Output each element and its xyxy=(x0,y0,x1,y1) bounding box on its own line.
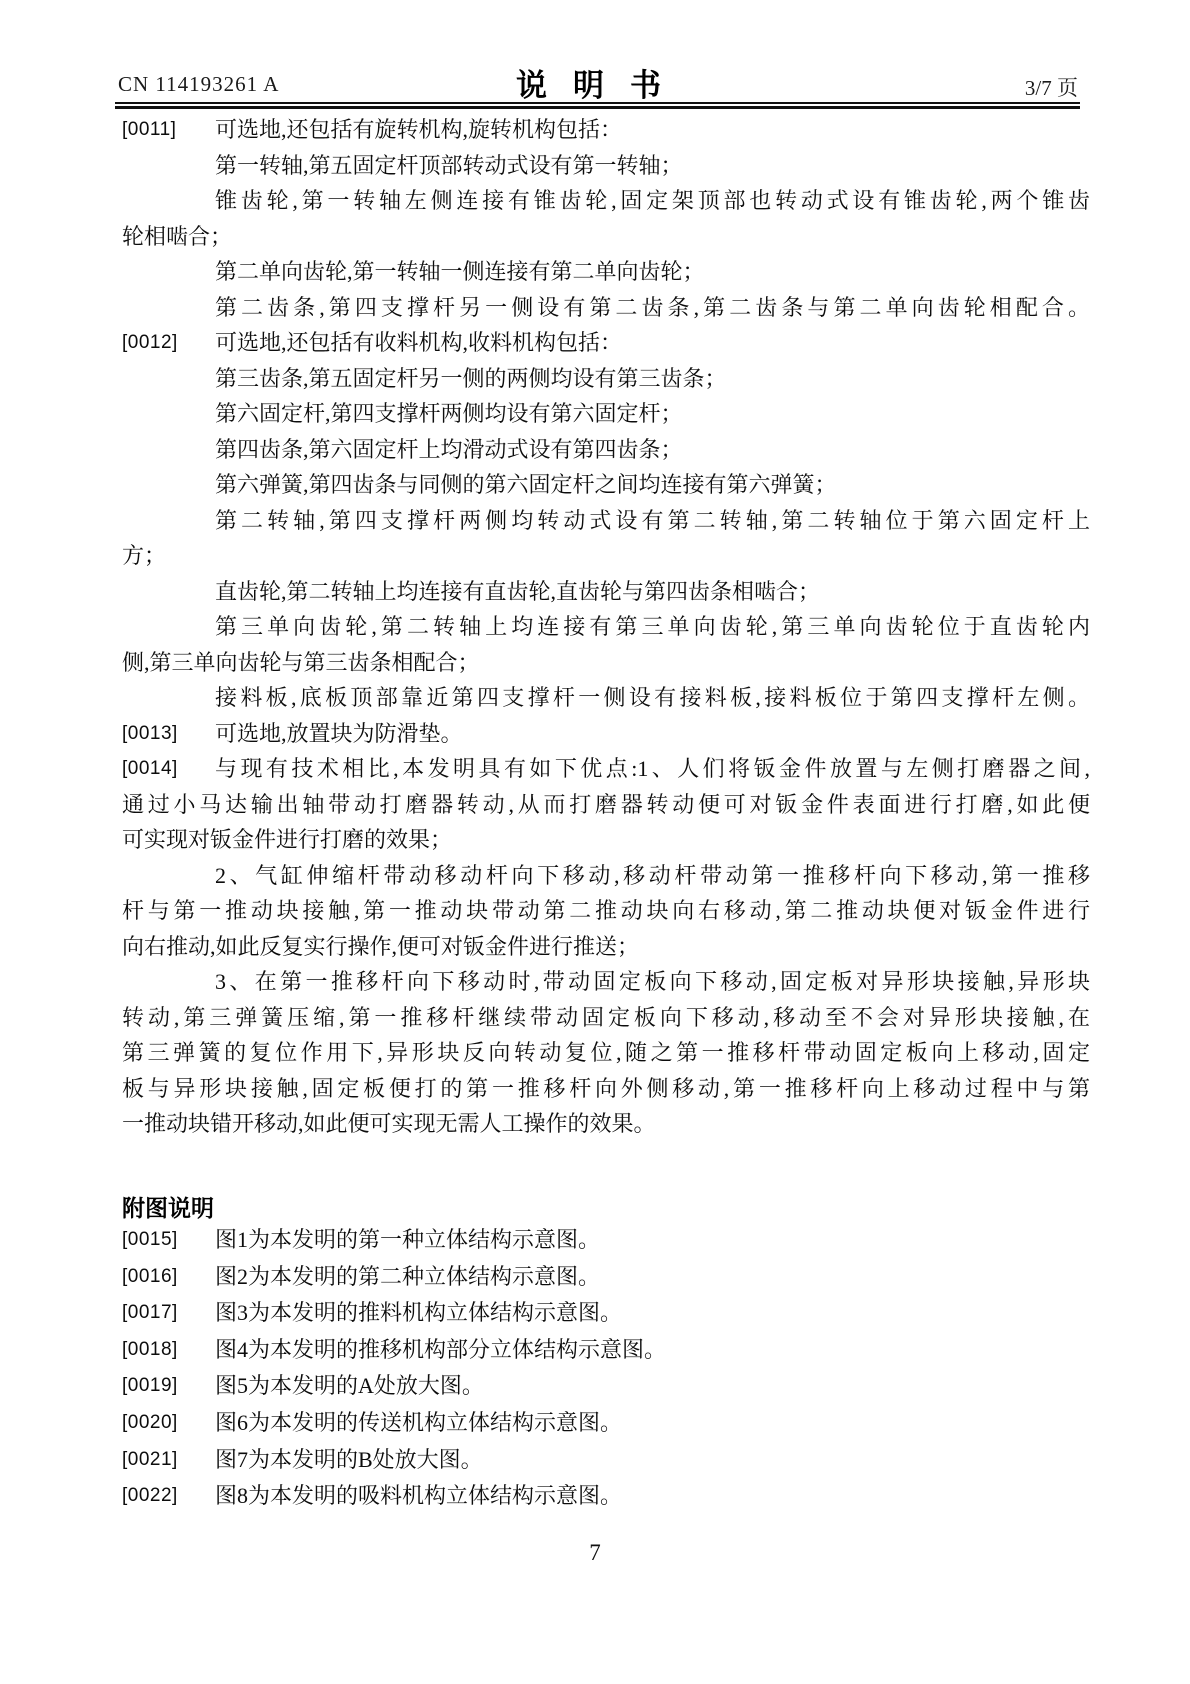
text-line: [0022]图8为本发明的吸料机构立体结构示意图。 xyxy=(122,1478,1090,1515)
line-text: 直齿轮,第二转轴上均连接有直齿轮,直齿轮与第四齿条相啮合； xyxy=(122,574,1090,610)
line-text: 可选地,放置块为防滑垫。 xyxy=(122,716,1090,752)
text-line: 第二齿条,第四支撑杆另一侧设有第二齿条,第二齿条与第二单向齿轮相配合。 xyxy=(122,290,1090,326)
line-text: 图6为本发明的传送机构立体结构示意图。 xyxy=(122,1405,1090,1442)
line-text: 第六弹簧,第四齿条与同侧的第六固定杆之间均连接有第六弹簧； xyxy=(122,467,1090,503)
text-line: 2、气缸伸缩杆带动移动杆向下移动,移动杆带动第一推移杆向下移动,第一推移 xyxy=(122,858,1090,894)
page-indicator: 3/7 页 xyxy=(1025,72,1078,102)
line-text: 3、在第一推移杆向下移动时,带动固定板向下移动,固定板对异形块接触,异形块 xyxy=(122,964,1090,1000)
line-text: 杆与第一推动块接触,第一推动块带动第二推动块向右移动,第二推动块便对钣金件进行 xyxy=(122,893,1090,929)
text-line: 方； xyxy=(122,538,1090,574)
paragraph-number: [0014] xyxy=(122,751,178,787)
line-text: 图3为本发明的推料机构立体结构示意图。 xyxy=(122,1295,1090,1332)
page-number: 7 xyxy=(0,1540,1190,1566)
paragraph-number: [0020] xyxy=(122,1405,178,1442)
paragraph-number: [0012] xyxy=(122,325,178,361)
text-line: 侧,第三单向齿轮与第三齿条相配合； xyxy=(122,645,1090,681)
line-text: 图4为本发明的推移机构部分立体结构示意图。 xyxy=(122,1332,1090,1369)
text-line: [0014]与现有技术相比,本发明具有如下优点:1、人们将钣金件放置与左侧打磨器… xyxy=(122,751,1090,787)
line-text: 向右推动,如此反复实行操作,便可对钣金件进行推送； xyxy=(122,929,1090,965)
line-text: 与现有技术相比,本发明具有如下优点:1、人们将钣金件放置与左侧打磨器之间, xyxy=(122,751,1090,787)
line-text: 转动,第三弹簧压缩,第一推移杆继续带动固定板向下移动,移动至不会对异形块接触,在 xyxy=(122,1000,1090,1036)
paragraph-number: [0017] xyxy=(122,1295,178,1332)
line-text: 第二单向齿轮,第一转轴一侧连接有第二单向齿轮； xyxy=(122,254,1090,290)
line-text: 锥齿轮,第一转轴左侧连接有锥齿轮,固定架顶部也转动式设有锥齿轮,两个锥齿 xyxy=(122,183,1090,219)
specification-body: [0011]可选地,还包括有旋转机构,旋转机构包括：第一转轴,第五固定杆顶部转动… xyxy=(122,112,1090,1142)
text-line: 第二转轴,第四支撑杆两侧均转动式设有第二转轴,第二转轴位于第六固定杆上 xyxy=(122,503,1090,539)
line-text: 第六固定杆,第四支撑杆两侧均设有第六固定杆； xyxy=(122,396,1090,432)
line-text: 图7为本发明的B处放大图。 xyxy=(122,1442,1090,1479)
line-text: 第一转轴,第五固定杆顶部转动式设有第一转轴； xyxy=(122,148,1090,184)
line-text: 图5为本发明的A处放大图。 xyxy=(122,1368,1090,1405)
page-title: 说明书 xyxy=(503,60,687,105)
text-line: 杆与第一推动块接触,第一推动块带动第二推动块向右移动,第二推动块便对钣金件进行 xyxy=(122,893,1090,929)
paragraph-number: [0021] xyxy=(122,1442,178,1479)
line-text: 第四齿条,第六固定杆上均滑动式设有第四齿条； xyxy=(122,432,1090,468)
figure-descriptions: [0015]图1为本发明的第一种立体结构示意图。[0016]图2为本发明的第二种… xyxy=(122,1222,1090,1515)
line-text: 图2为本发明的第二种立体结构示意图。 xyxy=(122,1259,1090,1296)
text-line: 第二单向齿轮,第一转轴一侧连接有第二单向齿轮； xyxy=(122,254,1090,290)
paragraph-number: [0011] xyxy=(122,112,176,148)
text-line: 3、在第一推移杆向下移动时,带动固定板向下移动,固定板对异形块接触,异形块 xyxy=(122,964,1090,1000)
divider-line-thin xyxy=(115,102,1080,104)
line-text: 板与异形块接触,固定板便打的第一推移杆向外侧移动,第一推移杆向上移动过程中与第 xyxy=(122,1071,1090,1107)
line-text: 第三齿条,第五固定杆另一侧的两侧均设有第三齿条； xyxy=(122,361,1090,397)
paragraph-number: [0015] xyxy=(122,1222,178,1259)
text-line: 第三弹簧的复位作用下,异形块反向转动复位,随之第一推移杆带动固定板向上移动,固定 xyxy=(122,1035,1090,1071)
text-line: 通过小马达输出轴带动打磨器转动,从而打磨器转动便可对钣金件表面进行打磨,如此便 xyxy=(122,787,1090,823)
text-line: 转动,第三弹簧压缩,第一推移杆继续带动固定板向下移动,移动至不会对异形块接触,在 xyxy=(122,1000,1090,1036)
paragraph-number: [0016] xyxy=(122,1259,178,1296)
text-line: [0017]图3为本发明的推料机构立体结构示意图。 xyxy=(122,1295,1090,1332)
line-text: 图8为本发明的吸料机构立体结构示意图。 xyxy=(122,1478,1090,1515)
paragraph-number: [0018] xyxy=(122,1332,178,1369)
text-line: 向右推动,如此反复实行操作,便可对钣金件进行推送； xyxy=(122,929,1090,965)
line-text: 侧,第三单向齿轮与第三齿条相配合； xyxy=(122,645,1090,681)
document-number: CN 114193261 A xyxy=(118,72,279,97)
header-divider xyxy=(115,102,1080,109)
line-text: 接料板,底板顶部靠近第四支撑杆一侧设有接料板,接料板位于第四支撑杆左侧。 xyxy=(122,680,1090,716)
text-line: 第三单向齿轮,第二转轴上均连接有第三单向齿轮,第三单向齿轮位于直齿轮内 xyxy=(122,609,1090,645)
paragraph-number: [0019] xyxy=(122,1368,178,1405)
document-page: CN 114193261 A 说明书 3/7 页 [0011]可选地,还包括有旋… xyxy=(0,0,1190,1684)
text-line: 轮相啮合； xyxy=(122,219,1090,255)
paragraph-number: [0022] xyxy=(122,1478,178,1515)
text-line: 第六弹簧,第四齿条与同侧的第六固定杆之间均连接有第六弹簧； xyxy=(122,467,1090,503)
text-line: [0013]可选地,放置块为防滑垫。 xyxy=(122,716,1090,752)
divider-line-thick xyxy=(115,106,1080,109)
paragraph-number: [0013] xyxy=(122,716,178,752)
text-line: 第四齿条,第六固定杆上均滑动式设有第四齿条； xyxy=(122,432,1090,468)
line-text: 通过小马达输出轴带动打磨器转动,从而打磨器转动便可对钣金件表面进行打磨,如此便 xyxy=(122,787,1090,823)
text-line: 直齿轮,第二转轴上均连接有直齿轮,直齿轮与第四齿条相啮合； xyxy=(122,574,1090,610)
line-text: 2、气缸伸缩杆带动移动杆向下移动,移动杆带动第一推移杆向下移动,第一推移 xyxy=(122,858,1090,894)
line-text: 可选地,还包括有收料机构,收料机构包括： xyxy=(122,325,1090,361)
line-text: 一推动块错开移动,如此便可实现无需人工操作的效果。 xyxy=(122,1106,1090,1142)
line-text: 第二转轴,第四支撑杆两侧均转动式设有第二转轴,第二转轴位于第六固定杆上 xyxy=(122,503,1090,539)
text-line: [0020]图6为本发明的传送机构立体结构示意图。 xyxy=(122,1405,1090,1442)
text-line: 锥齿轮,第一转轴左侧连接有锥齿轮,固定架顶部也转动式设有锥齿轮,两个锥齿 xyxy=(122,183,1090,219)
text-line: [0011]可选地,还包括有旋转机构,旋转机构包括： xyxy=(122,112,1090,148)
line-text: 可实现对钣金件进行打磨的效果； xyxy=(122,822,1090,858)
text-line: 板与异形块接触,固定板便打的第一推移杆向外侧移动,第一推移杆向上移动过程中与第 xyxy=(122,1071,1090,1107)
text-line: 第三齿条,第五固定杆另一侧的两侧均设有第三齿条； xyxy=(122,361,1090,397)
line-text: 轮相啮合； xyxy=(122,219,1090,255)
text-line: [0015]图1为本发明的第一种立体结构示意图。 xyxy=(122,1222,1090,1259)
text-line: [0021]图7为本发明的B处放大图。 xyxy=(122,1442,1090,1479)
text-line: [0016]图2为本发明的第二种立体结构示意图。 xyxy=(122,1259,1090,1296)
line-text: 图1为本发明的第一种立体结构示意图。 xyxy=(122,1222,1090,1259)
line-text: 第二齿条,第四支撑杆另一侧设有第二齿条,第二齿条与第二单向齿轮相配合。 xyxy=(122,290,1090,326)
text-line: [0012]可选地,还包括有收料机构,收料机构包括： xyxy=(122,325,1090,361)
line-text: 第三弹簧的复位作用下,异形块反向转动复位,随之第一推移杆带动固定板向上移动,固定 xyxy=(122,1035,1090,1071)
text-line: 接料板,底板顶部靠近第四支撑杆一侧设有接料板,接料板位于第四支撑杆左侧。 xyxy=(122,680,1090,716)
text-line: 一推动块错开移动,如此便可实现无需人工操作的效果。 xyxy=(122,1106,1090,1142)
line-text: 可选地,还包括有旋转机构,旋转机构包括： xyxy=(122,112,1090,148)
line-text: 第三单向齿轮,第二转轴上均连接有第三单向齿轮,第三单向齿轮位于直齿轮内 xyxy=(122,609,1090,645)
line-text: 方； xyxy=(122,538,1090,574)
text-line: 第六固定杆,第四支撑杆两侧均设有第六固定杆； xyxy=(122,396,1090,432)
section-heading-figures: 附图说明 xyxy=(122,1190,214,1223)
text-line: 第一转轴,第五固定杆顶部转动式设有第一转轴； xyxy=(122,148,1090,184)
text-line: 可实现对钣金件进行打磨的效果； xyxy=(122,822,1090,858)
text-line: [0018]图4为本发明的推移机构部分立体结构示意图。 xyxy=(122,1332,1090,1369)
text-line: [0019]图5为本发明的A处放大图。 xyxy=(122,1368,1090,1405)
